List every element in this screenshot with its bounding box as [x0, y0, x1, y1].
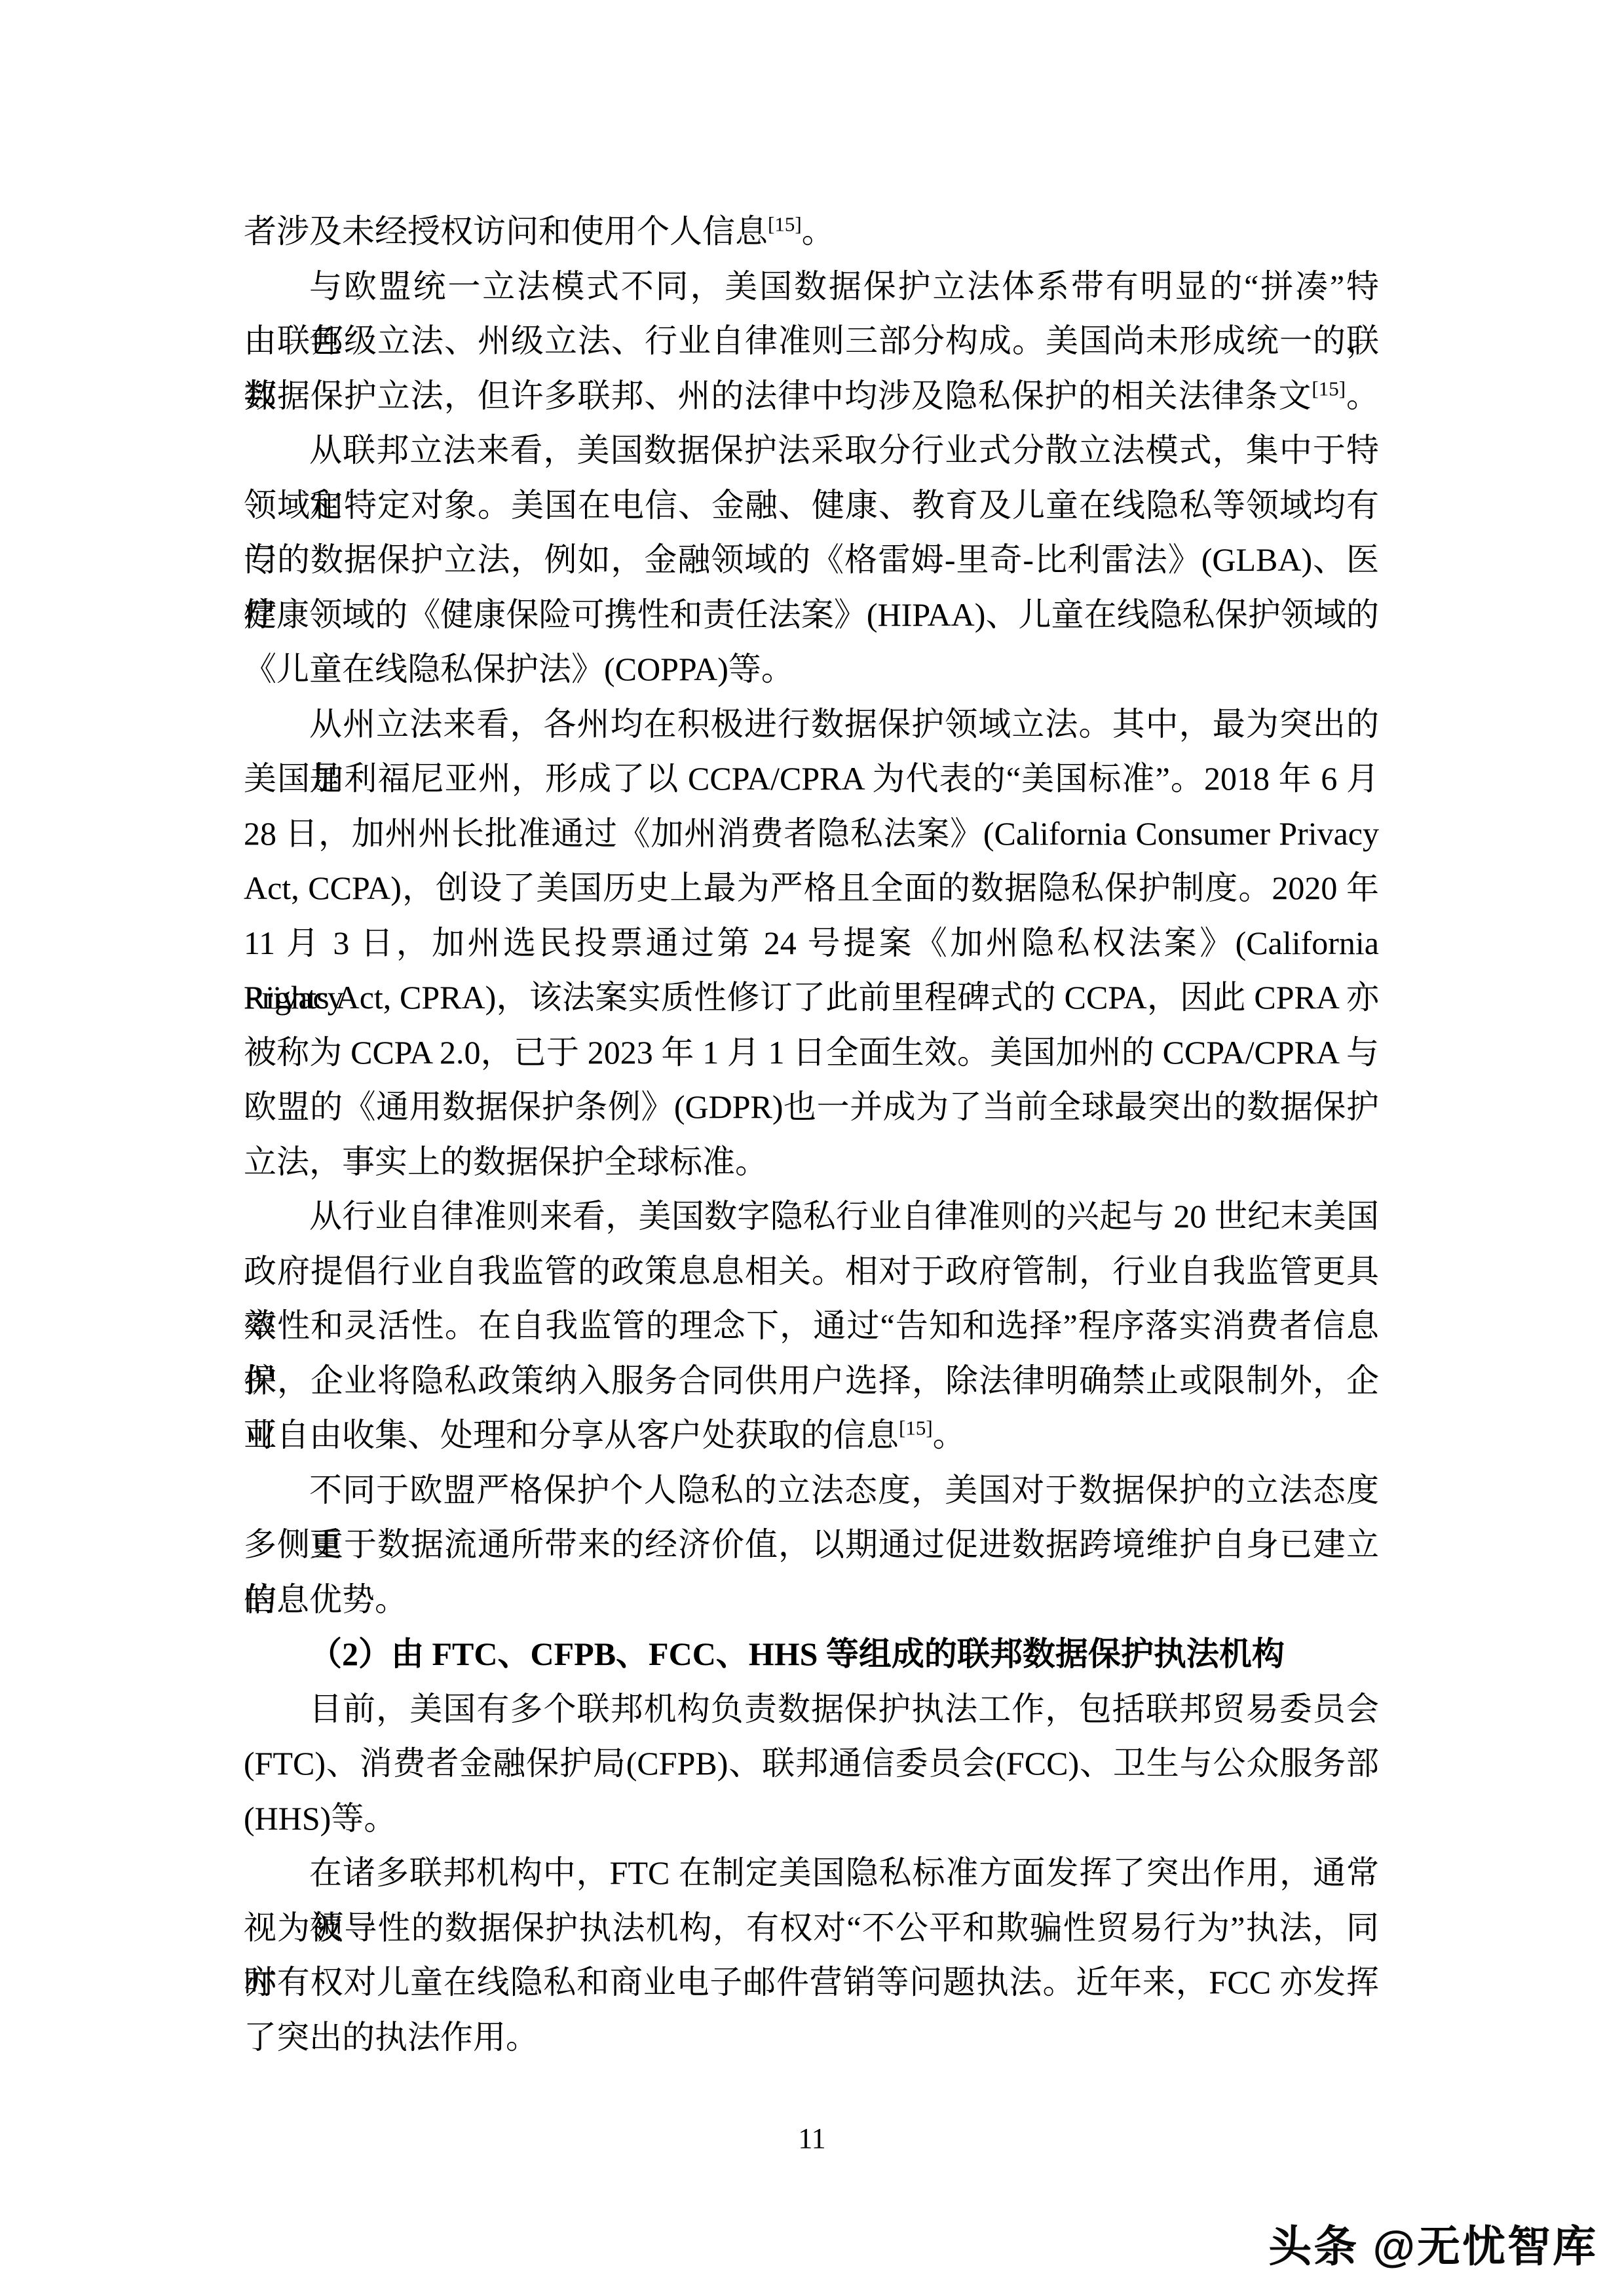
- text-segment: 28 日，加州州长批准通过《加州消费者隐私法案》(California Cons…: [244, 815, 1379, 852]
- text-line: 视为领导性的数据保护执法机构，有权对“不公平和欺骗性贸易行为”执法，同时: [244, 1901, 1379, 1956]
- text-line: 健康领域的《健康保险可携性和责任法案》(HIPAA)、儿童在线隐私保护领域的: [244, 588, 1379, 643]
- text-line: 护，企业将隐私政策纳入服务合同供用户选择，除法律明确禁止或限制外，企业: [244, 1354, 1379, 1409]
- text-line: 门的数据保护立法，例如，金融领域的《格雷姆-里奇-比利雷法》(GLBA)、医疗: [244, 533, 1379, 588]
- text-line: 欧盟的《通用数据保护条例》(GDPR)也一并成为了当前全球最突出的数据保护: [244, 1080, 1379, 1135]
- text-line: 被称为 CCPA 2.0，已于 2023 年 1 月 1 日全面生效。美国加州的…: [244, 1025, 1379, 1081]
- text-segment: 信息优势。: [244, 1581, 407, 1618]
- text-segment: (FTC)、消费者金融保护局(CFPB)、联邦通信委员会(FCC)、卫生与公众服…: [244, 1745, 1379, 1782]
- text-line: 从行业自律准则来看，美国数字隐私行业自律准则的兴起与 20 世纪末美国: [244, 1189, 1379, 1244]
- text-segment: Act, CCPA)，创设了美国历史上最为严格且全面的数据隐私保护制度。2020…: [244, 870, 1379, 906]
- document-body: 者涉及未经授权访问和使用个人信息[15]。与欧盟统一立法模式不同，美国数据保护立…: [244, 204, 1379, 2065]
- footnote-ref: [15]: [899, 1416, 933, 1439]
- text-segment: 美国加利福尼亚州，形成了以 CCPA/CPRA 为代表的“美国标准”。2018 …: [244, 760, 1379, 797]
- text-line: 由联邦级立法、州级立法、行业自律准则三部分构成。美国尚未形成统一的联邦: [244, 314, 1379, 369]
- text-line: 28 日，加州州长批准通过《加州消费者隐私法案》(California Cons…: [244, 807, 1379, 862]
- text-line: (HHS)等。: [244, 1791, 1379, 1846]
- text-line: 信息优势。: [244, 1573, 1379, 1628]
- text-segment: Rights Act, CPRA)，该法案实质性修订了此前里程碑式的 CCPA，…: [244, 979, 1379, 1016]
- text-segment: 。: [933, 1417, 966, 1453]
- text-line: 美国加利福尼亚州，形成了以 CCPA/CPRA 为代表的“美国标准”。2018 …: [244, 752, 1379, 807]
- text-segment: 者涉及未经授权访问和使用个人信息: [244, 213, 768, 250]
- section-heading: （2）由 FTC、CFPB、FCC、HHS 等组成的联邦数据保护执法机构: [244, 1627, 1379, 1682]
- footnote-ref: [15]: [768, 212, 802, 235]
- text-segment: 健康领域的《健康保险可携性和责任法案》(HIPAA)、儿童在线隐私保护领域的: [244, 596, 1379, 633]
- text-line: 政府提倡行业自我监管的政策息息相关。相对于政府管制，行业自我监管更具效: [244, 1244, 1379, 1299]
- text-line: 立法，事实上的数据保护全球标准。: [244, 1135, 1379, 1190]
- text-segment: 数据保护立法，但许多联邦、州的法律中均涉及隐私保护的相关法律条文: [244, 377, 1312, 414]
- text-line: 不同于欧盟严格保护个人隐私的立法态度，美国对于数据保护的立法态度更: [244, 1463, 1379, 1518]
- text-line: (FTC)、消费者金融保护局(CFPB)、联邦通信委员会(FCC)、卫生与公众服…: [244, 1736, 1379, 1791]
- text-segment: 了突出的执法作用。: [244, 2019, 538, 2056]
- watermark-toutiao: 头条 @无忧智库: [1268, 2216, 1598, 2276]
- text-line: 多侧重于数据流通所带来的经济价值，以期通过促进数据跨境维护自身已建立的: [244, 1518, 1379, 1573]
- text-segment: 亦有权对儿童在线隐私和商业电子邮件营销等问题执法。近年来，FCC 亦发挥: [244, 1964, 1379, 2000]
- text-line: 与欧盟统一立法模式不同，美国数据保护立法体系带有明显的“拼凑”特色，: [244, 259, 1379, 315]
- text-segment: 可自由收集、处理和分享从客户处获取的信息: [244, 1417, 899, 1453]
- text-line: Act, CCPA)，创设了美国历史上最为严格且全面的数据隐私保护制度。2020…: [244, 861, 1379, 916]
- text-line: 率性和灵活性。在自我监管的理念下，通过“告知和选择”程序落实消费者信息保: [244, 1299, 1379, 1354]
- text-line: 从联邦立法来看，美国数据保护法采取分行业式分散立法模式，集中于特定: [244, 423, 1379, 478]
- text-segment: 目前，美国有多个联邦机构负责数据保护执法工作，包括联邦贸易委员会: [309, 1691, 1379, 1727]
- text-line: 在诸多联邦机构中，FTC 在制定美国隐私标准方面发挥了突出作用，通常被: [244, 1846, 1379, 1901]
- text-segment: （2）由 FTC、CFPB、FCC、HHS 等组成的联邦数据保护执法机构: [309, 1636, 1285, 1672]
- text-segment: 从行业自律准则来看，美国数字隐私行业自律准则的兴起与 20 世纪末美国: [309, 1198, 1379, 1234]
- text-segment: 《儿童在线隐私保护法》(COPPA)等。: [244, 651, 794, 687]
- text-line: 者涉及未经授权访问和使用个人信息[15]。: [244, 204, 1379, 259]
- document-page: 者涉及未经授权访问和使用个人信息[15]。与欧盟统一立法模式不同，美国数据保护立…: [0, 0, 1624, 2296]
- text-line: 数据保护立法，但许多联邦、州的法律中均涉及隐私保护的相关法律条文[15]。: [244, 369, 1379, 424]
- text-line: 可自由收集、处理和分享从客户处获取的信息[15]。: [244, 1408, 1379, 1463]
- footnote-ref: [15]: [1312, 377, 1346, 400]
- text-line: 领域和特定对象。美国在电信、金融、健康、教育及儿童在线隐私等领域均有专: [244, 478, 1379, 533]
- text-line: 11 月 3 日，加州选民投票通过第 24 号提案《加州隐私权法案》(Calif…: [244, 916, 1379, 971]
- text-segment: 。: [802, 213, 835, 250]
- text-line: 《儿童在线隐私保护法》(COPPA)等。: [244, 642, 1379, 697]
- text-line: 从州立法来看，各州均在积极进行数据保护领域立法。其中，最为突出的是: [244, 697, 1379, 752]
- text-segment: 被称为 CCPA 2.0，已于 2023 年 1 月 1 日全面生效。美国加州的…: [244, 1034, 1379, 1071]
- text-line: 亦有权对儿童在线隐私和商业电子邮件营销等问题执法。近年来，FCC 亦发挥: [244, 1955, 1379, 2010]
- text-segment: (HHS)等。: [244, 1800, 396, 1837]
- text-segment: 立法，事实上的数据保护全球标准。: [244, 1143, 768, 1180]
- text-segment: 。: [1346, 377, 1379, 414]
- text-segment: 欧盟的《通用数据保护条例》(GDPR)也一并成为了当前全球最突出的数据保护: [244, 1088, 1379, 1125]
- text-line: 目前，美国有多个联邦机构负责数据保护执法工作，包括联邦贸易委员会: [244, 1682, 1379, 1737]
- text-line: Rights Act, CPRA)，该法案实质性修订了此前里程碑式的 CCPA，…: [244, 970, 1379, 1025]
- text-line: 了突出的执法作用。: [244, 2010, 1379, 2065]
- page-number: 11: [0, 2122, 1624, 2156]
